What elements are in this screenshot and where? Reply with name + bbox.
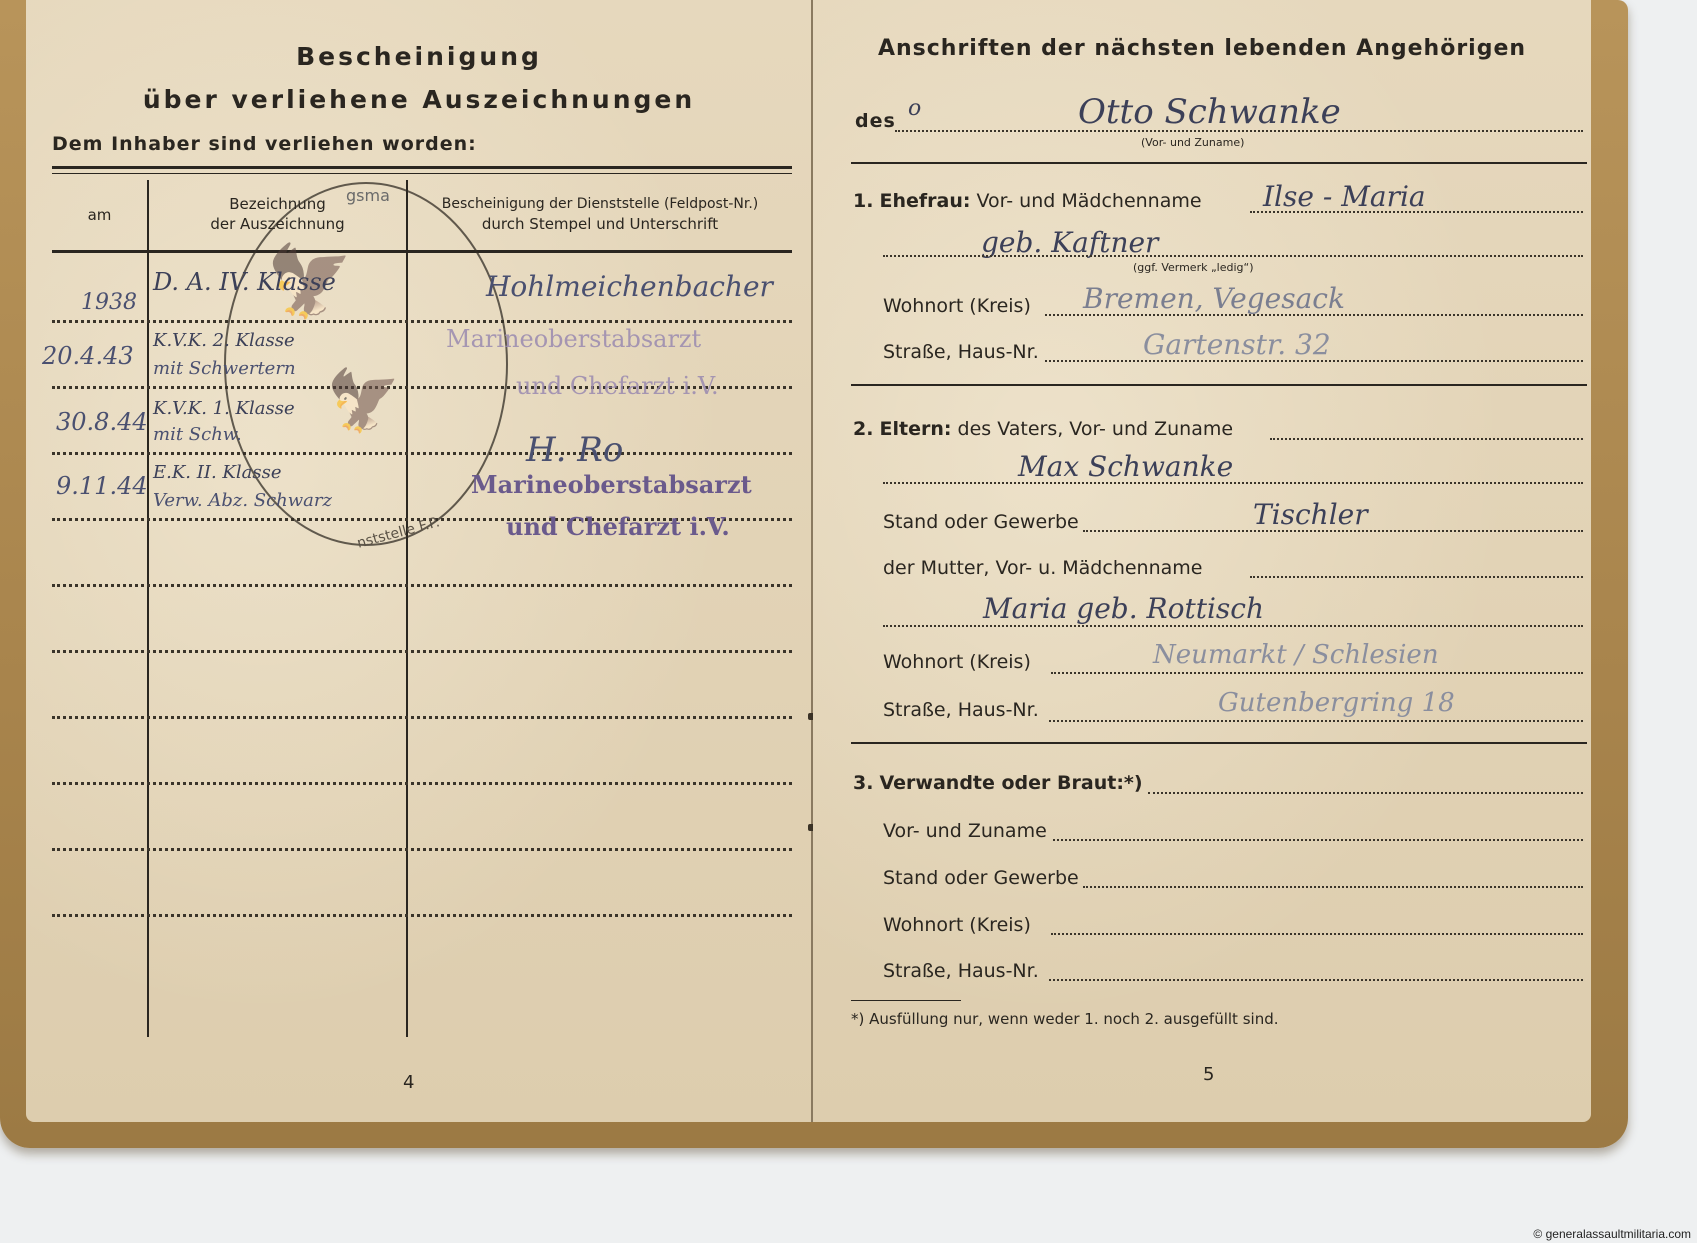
- relative-street-label: Straße, Haus-Nr.: [883, 960, 1039, 982]
- header-date: am: [52, 205, 147, 225]
- award-name-line2: mit Schw.: [153, 424, 242, 445]
- field-line: [1049, 979, 1583, 981]
- parents-street-label: Straße, Haus-Nr.: [883, 699, 1039, 721]
- section1-label: 1. Ehefrau: Vor- und Mädchenname: [853, 190, 1202, 212]
- section3-label: 3. Verwandte oder Braut:*): [853, 772, 1143, 794]
- relative-name-label: Vor- und Zuname: [883, 820, 1047, 842]
- spouse-street-label: Straße, Haus-Nr.: [883, 341, 1039, 363]
- row-line: [52, 584, 792, 587]
- page-title-line1: Bescheinigung: [26, 42, 812, 71]
- award-date: 30.8.44: [56, 408, 148, 436]
- field-line: [1083, 886, 1583, 888]
- holder-name: Otto Schwanke: [1078, 92, 1341, 132]
- name-line: [895, 130, 1583, 132]
- section1-number: 1.: [853, 190, 873, 212]
- section3-heading: Verwandte oder Braut:*): [880, 772, 1143, 794]
- page-number: 5: [1203, 1064, 1214, 1085]
- field-line: [1045, 360, 1583, 362]
- field-line: [883, 482, 1583, 484]
- award-name-line2: mit Schwertern: [153, 358, 296, 379]
- award-date: 9.11.44: [56, 472, 148, 500]
- relative-occupation-label: Stand oder Gewerbe: [883, 867, 1079, 889]
- parents-street-value: Gutenbergring 18: [1218, 688, 1455, 718]
- field-line: [1053, 839, 1583, 841]
- eagle-emblem-icon: 🦅: [326, 365, 401, 436]
- footnote-rule: [851, 1000, 961, 1001]
- section-divider: [851, 384, 1587, 386]
- award-name-line2: Verw. Abz. Schwarz: [153, 490, 332, 511]
- row-line: [52, 848, 792, 851]
- row-line: [52, 650, 792, 653]
- section-divider: [851, 742, 1587, 744]
- section3-number: 3.: [853, 772, 873, 794]
- field-line: [1051, 933, 1583, 935]
- section2-number: 2.: [853, 418, 873, 440]
- officer-stamp-1-line2: und Chefarzt i.V.: [516, 372, 719, 400]
- des-label: des: [855, 110, 896, 132]
- officer-stamp-2-line1: Marineoberstabsarzt: [471, 470, 752, 499]
- header-cert-line1: Bescheinigung der Dienststelle (Feldpost…: [408, 194, 792, 214]
- mother-name-value: Maria geb. Rottisch: [983, 592, 1264, 625]
- field-line: [1250, 211, 1583, 213]
- award-name: D. A. IV. Klasse: [153, 268, 336, 296]
- field-line: [1148, 792, 1583, 794]
- watermark: © generalassaultmilitaria.com: [1533, 1227, 1691, 1241]
- field-line: [883, 255, 1583, 257]
- page-5: Anschriften der nächsten lebenden Angehö…: [813, 0, 1591, 1122]
- section-divider: [851, 162, 1587, 164]
- table-top-rule: [52, 166, 792, 169]
- spouse-street-value: Gartenstr. 32: [1143, 328, 1331, 361]
- mother-name-label: der Mutter, Vor- u. Mädchenname: [883, 557, 1202, 579]
- award-date: 20.4.43: [42, 342, 134, 370]
- awards-subtitle: Dem Inhaber sind verliehen worden:: [52, 133, 477, 155]
- section1-heading: Ehefrau:: [880, 190, 971, 212]
- spouse-residence-value: Bremen, Vegesack: [1083, 282, 1345, 315]
- father-occupation-label: Stand oder Gewerbe: [883, 511, 1079, 533]
- father-occupation-value: Tischler: [1253, 498, 1368, 531]
- column-divider-1: [147, 180, 149, 1037]
- ledig-caption: (ggf. Vermerk „ledig“): [1133, 261, 1254, 274]
- spouse-name-label: Vor- und Mädchenname: [977, 190, 1202, 212]
- table-top-rule-thin: [52, 173, 792, 174]
- row-line: [52, 716, 792, 719]
- field-line: [1051, 672, 1583, 674]
- spouse-residence-label: Wohnort (Kreis): [883, 295, 1031, 317]
- page-title: Anschriften der nächsten lebenden Angehö…: [813, 36, 1591, 61]
- father-name-value: Max Schwanke: [1018, 450, 1233, 483]
- field-line: [1250, 576, 1583, 578]
- spouse-name-value: Ilse - Maria: [1263, 180, 1426, 213]
- father-name-label: des Vaters, Vor- und Zuname: [958, 418, 1234, 440]
- section2-heading: Eltern:: [880, 418, 952, 440]
- field-line: [883, 625, 1583, 627]
- award-name: K.V.K. 1. Klasse: [153, 398, 295, 419]
- header-cert-line2: durch Stempel und Unterschrift: [408, 214, 792, 234]
- page-4: Bescheinigung über verliehene Auszeichnu…: [26, 0, 812, 1122]
- round-stamp-text-top: gsma: [346, 186, 390, 205]
- officer-stamp-2-line2: und Chefarzt i.V.: [506, 512, 730, 541]
- footnote: *) Ausfüllung nur, wenn weder 1. noch 2.…: [851, 1010, 1279, 1028]
- page-number: 4: [403, 1072, 414, 1093]
- field-line: [1270, 438, 1583, 440]
- parents-residence-value: Neumarkt / Schlesien: [1153, 640, 1439, 670]
- rank-mark: o: [908, 96, 921, 121]
- officer-stamp-1-line1: Marineoberstabsarzt: [446, 325, 701, 353]
- award-name: E.K. II. Klasse: [153, 462, 281, 483]
- signature-1: Hohlmeichenbacher: [486, 270, 773, 303]
- award-name: K.V.K. 2. Klasse: [153, 330, 295, 351]
- row-line: [52, 782, 792, 785]
- field-line: [1045, 314, 1583, 316]
- field-line: [1083, 530, 1583, 532]
- parents-residence-label: Wohnort (Kreis): [883, 651, 1031, 673]
- award-date: 1938: [81, 290, 137, 315]
- name-caption: (Vor- und Zuname): [1141, 136, 1244, 149]
- field-line: [1049, 720, 1583, 722]
- page-title-line2: über verliehene Auszeichnungen: [26, 85, 812, 114]
- row-line: [52, 914, 792, 917]
- signature-2: H. Ro: [526, 430, 623, 470]
- section2-label: 2. Eltern: des Vaters, Vor- und Zuname: [853, 418, 1233, 440]
- relative-residence-label: Wohnort (Kreis): [883, 914, 1031, 936]
